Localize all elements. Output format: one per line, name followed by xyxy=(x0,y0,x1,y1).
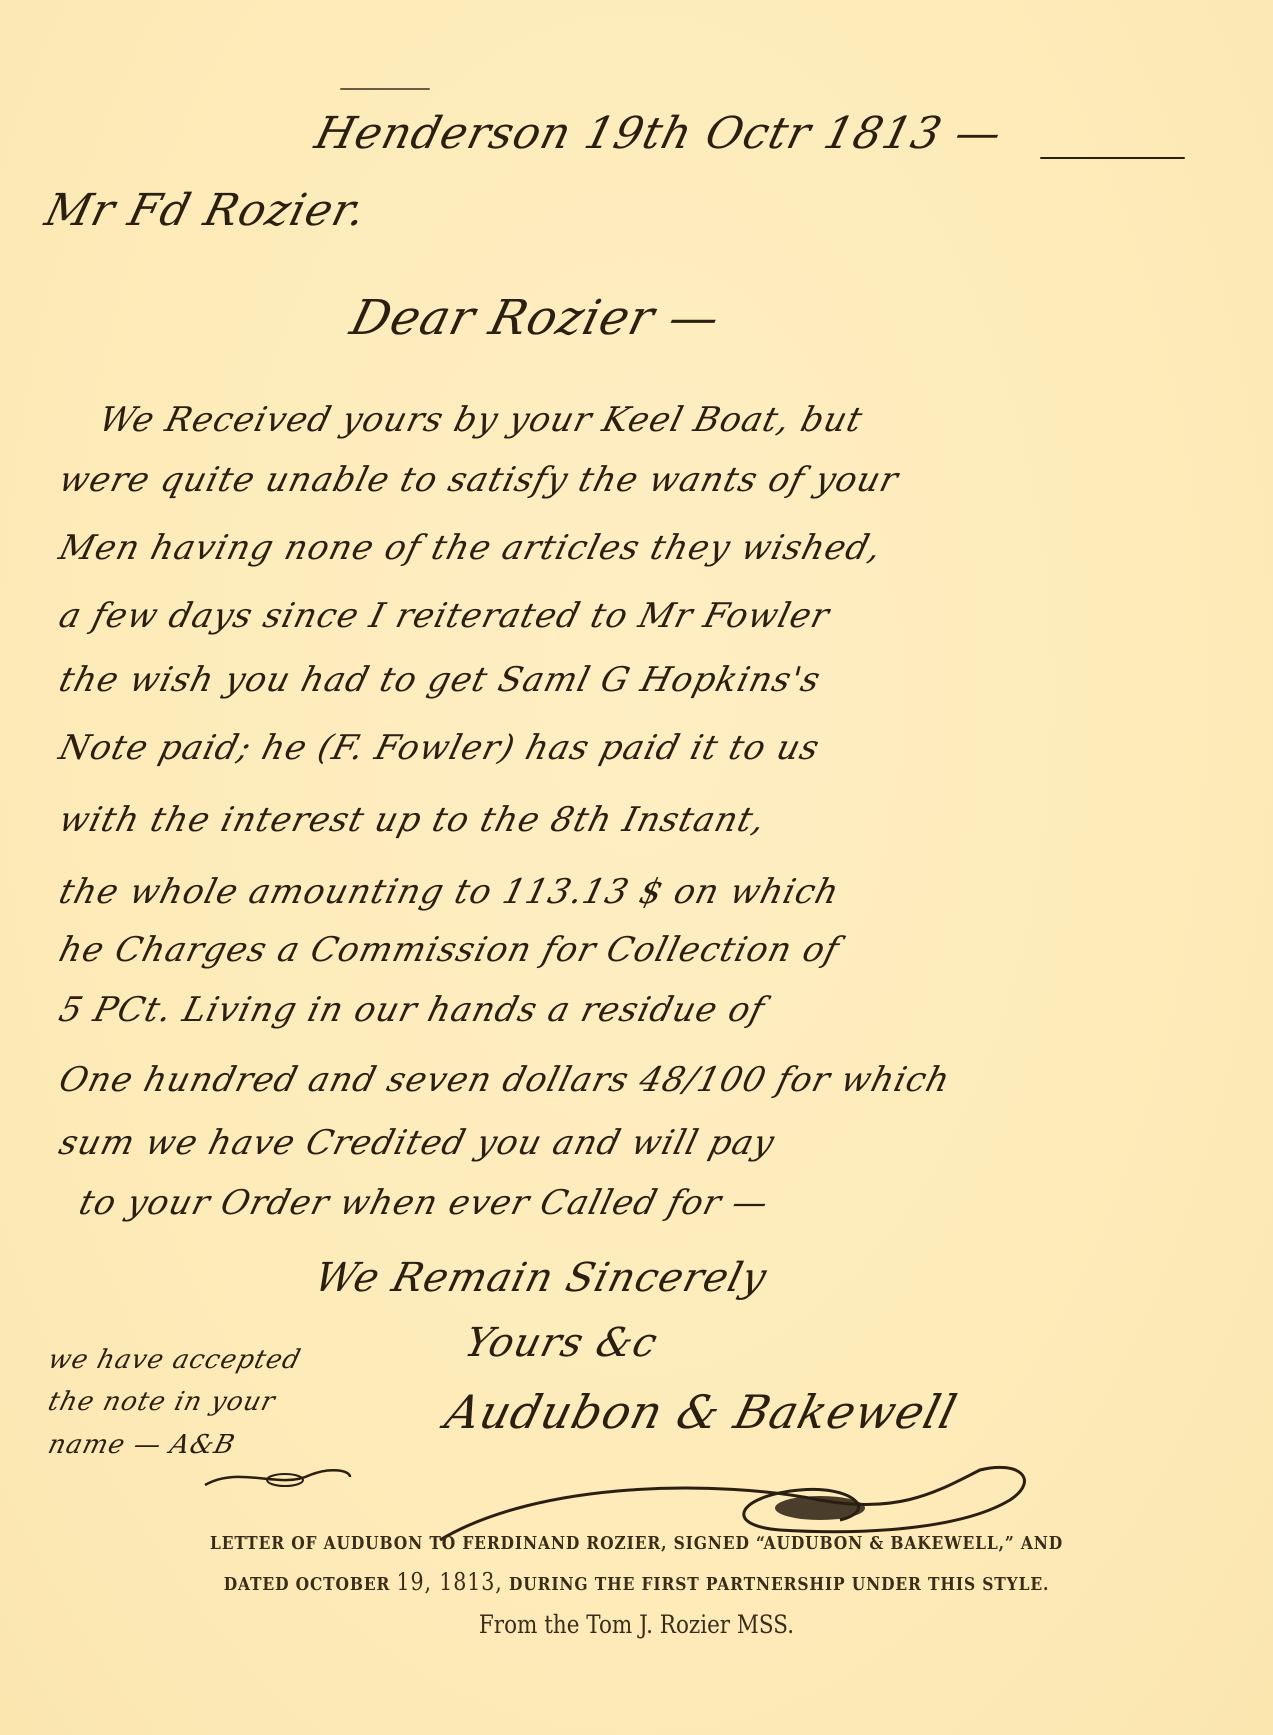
postscript-line-2: the note in your xyxy=(45,1387,279,1417)
caption-line-1: LETTER OF AUDUBON TO FERDINAND ROZIER, S… xyxy=(89,1533,1184,1554)
dateline-dash xyxy=(1040,157,1185,159)
dateline: Henderson 19th Octr 1813 — xyxy=(310,108,1007,159)
letter-line-2: were quite unable to satisfy the wants o… xyxy=(55,460,903,500)
letter-line-7: with the interest up to the 8th Instant, xyxy=(55,800,770,840)
letter-line-11: One hundred and seven dollars 48/100 for… xyxy=(55,1060,955,1100)
letter-line-10: 5 PCt. Living in our hands a residue of xyxy=(55,990,769,1030)
letter-line-6: Note paid; he (F. Fowler) has paid it to… xyxy=(55,728,824,768)
closing: We Remain Sincerely xyxy=(310,1255,772,1301)
figure-caption: LETTER OF AUDUBON TO FERDINAND ROZIER, S… xyxy=(0,1533,1273,1554)
caption-line-2: DATED OCTOBER 19, 1813, DURING THE FIRST… xyxy=(89,1568,1184,1596)
postscript-flourish xyxy=(200,1455,360,1495)
caption-date-suffix: DURING THE FIRST PARTNERSHIP UNDER THIS … xyxy=(509,1574,1049,1595)
caption-date: 19, 1813, xyxy=(396,1568,502,1596)
closing-yours: Yours &c xyxy=(460,1320,663,1366)
addressee: Mr Fd Rozier. xyxy=(40,185,372,236)
letter-line-8: the whole amounting to 113.13 $ on which xyxy=(55,872,844,912)
letter-line-4: a few days since I reiterated to Mr Fowl… xyxy=(55,596,834,636)
letter-line-13: to your Order when ever Called for — xyxy=(75,1183,773,1223)
salutation: Dear Rozier — xyxy=(345,290,726,346)
letter-line-9: he Charges a Commission for Collection o… xyxy=(55,930,844,970)
source-credit: From the Tom J. Rozier MSS. xyxy=(89,1610,1184,1639)
letter-line-5: the wish you had to get Saml G Hopkins's xyxy=(55,660,825,700)
letter-line-12: sum we have Credited you and will pay xyxy=(55,1123,779,1163)
caption-date-prefix: DATED OCTOBER xyxy=(224,1574,390,1595)
letter-line-1: We Received yours by your Keel Boat, but xyxy=(95,400,867,440)
postscript-line-1: we have accepted xyxy=(45,1345,304,1375)
signature: Audubon & Bakewell xyxy=(440,1385,963,1439)
letter-line-3: Men having none of the articles they wis… xyxy=(55,528,886,568)
pen-stroke xyxy=(340,88,430,90)
manuscript-page: Henderson 19th Octr 1813 — Mr Fd Rozier.… xyxy=(0,0,1273,1735)
figure-caption-2: DATED OCTOBER 19, 1813, DURING THE FIRST… xyxy=(0,1568,1273,1596)
